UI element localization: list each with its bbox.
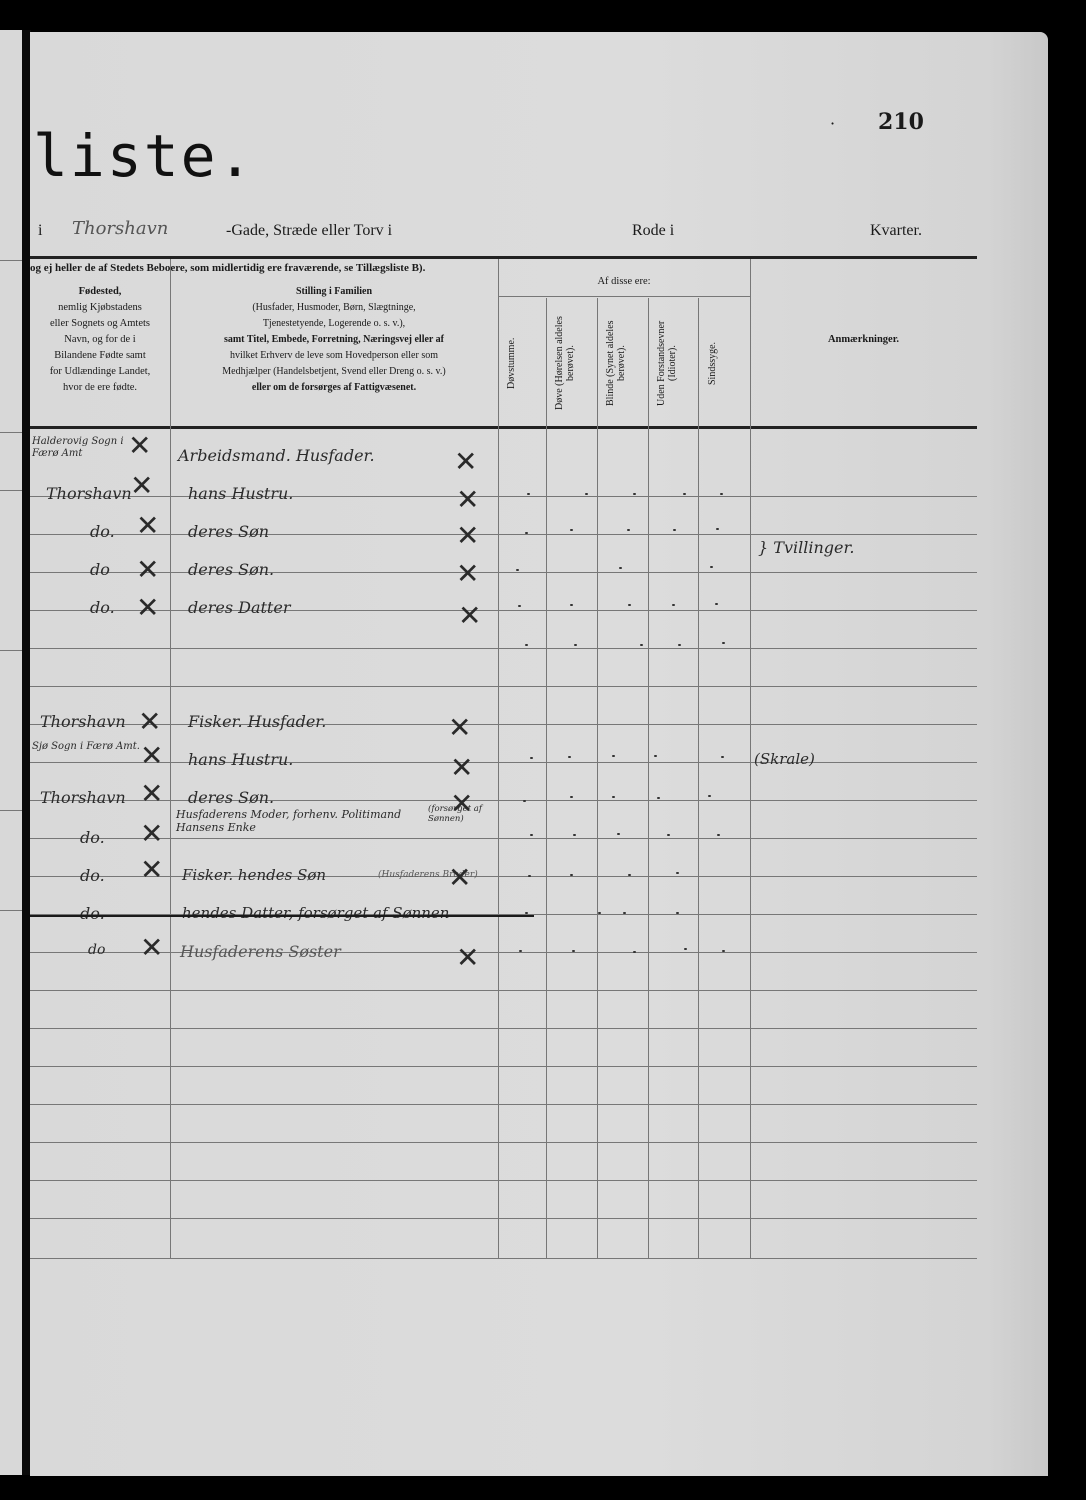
header-line: Medhjælper (Handelsbetjent, Svend eller … xyxy=(170,364,498,380)
rode-label: Rode i xyxy=(632,222,674,240)
row-rule xyxy=(30,610,977,611)
blank-dot-mark xyxy=(657,797,660,799)
row-8-fodested: Sjø Sogn i Færø Amt. xyxy=(32,740,144,753)
row-9-fodested: Thorshavn xyxy=(40,788,126,807)
blank-dot-mark xyxy=(612,796,615,798)
row-1-fodested: Thorshavn xyxy=(46,484,132,503)
row-rule xyxy=(30,800,977,801)
row-rule xyxy=(30,1066,977,1067)
blank-dot-mark xyxy=(525,912,528,914)
header-anmaerkninger: Anmærkninger. xyxy=(750,332,977,348)
row-rule xyxy=(30,990,977,991)
blank-dot-mark xyxy=(708,795,711,797)
blank-dot-mark xyxy=(623,912,626,914)
header-line: eller om de forsørges af Fattigvæsenet. xyxy=(170,380,498,396)
row-rule xyxy=(30,724,977,725)
blank-dot-mark xyxy=(568,756,571,758)
row-10-stilling: Husfaderens Moder, forhenv. Politimand H… xyxy=(176,808,426,834)
page-title: liste. xyxy=(33,122,255,190)
row-rule xyxy=(30,686,977,687)
blank-dot-mark xyxy=(572,950,575,952)
header-idioter: Uden Forstandsevner (Idioter). xyxy=(656,304,690,422)
blank-dot-mark xyxy=(715,603,718,605)
blank-dot-mark xyxy=(710,566,713,568)
blank-dot-mark xyxy=(684,948,687,950)
page-number: 210 xyxy=(878,109,924,135)
header-line: eller Sognets og Amtets xyxy=(30,316,170,332)
blank-dot-mark xyxy=(676,872,679,874)
street-prefix: i xyxy=(38,222,42,240)
blank-dot-mark xyxy=(678,644,681,646)
header-fodested: Fødested, nemlig Kjøbstadens eller Sogne… xyxy=(30,284,170,396)
row-rule xyxy=(30,838,977,839)
check-x-icon: ✕ xyxy=(130,472,153,500)
blank-dot-mark xyxy=(570,604,573,606)
blank-dot-mark xyxy=(570,529,573,531)
check-x-icon: ✕ xyxy=(136,594,159,622)
check-x-icon: ✕ xyxy=(140,820,163,848)
row-13-stilling: Husfaderens Søster xyxy=(180,942,341,961)
header-af-disse-ere: Af disse ere: xyxy=(498,274,750,290)
blank-dot-mark xyxy=(516,569,519,571)
check-x-icon: ✕ xyxy=(136,556,159,584)
blank-dot-mark xyxy=(528,875,531,877)
blank-dot-mark xyxy=(574,644,577,646)
row-rule xyxy=(30,534,977,535)
row-rule xyxy=(30,762,977,763)
col-divider xyxy=(597,298,598,1259)
blank-dot-mark xyxy=(627,529,630,531)
blank-dot-mark xyxy=(717,834,720,836)
row-10-fodested: do. xyxy=(80,828,105,847)
blank-dot-mark xyxy=(628,604,631,606)
check-x-icon: ✕ xyxy=(140,934,163,962)
header-line: for Udlændinge Landet, xyxy=(30,364,170,380)
check-x-icon: ✕ xyxy=(448,864,471,892)
check-x-icon: ✕ xyxy=(140,780,163,808)
blank-dot-mark xyxy=(617,833,620,835)
blank-dot-mark xyxy=(667,834,670,836)
blank-dot-mark xyxy=(640,644,643,646)
blank-dot-mark xyxy=(518,605,521,607)
row-0-stilling: Arbeidsmand. Husfader. xyxy=(178,446,375,465)
header-stilling-title: Stilling i Familien xyxy=(170,284,498,300)
blank-dot-mark xyxy=(519,950,522,952)
check-x-icon: ✕ xyxy=(136,512,159,540)
row-rule xyxy=(30,952,977,953)
row-2-remark: } Tvillinger. xyxy=(758,538,854,557)
header-line: hvilket Erhverv de leve som Hovedperson … xyxy=(170,348,498,364)
col-divider xyxy=(170,259,171,1259)
col-divider xyxy=(648,298,649,1259)
header-line: Bilandene Fødte samt xyxy=(30,348,170,364)
check-x-icon: ✕ xyxy=(456,560,479,588)
blank-dot-mark xyxy=(720,493,723,495)
header-line: Tjenestetyende, Logerende o. s. v.), xyxy=(170,316,498,332)
instruction-note: og ej heller de af Stedets Beboere, som … xyxy=(30,262,425,274)
subheader-rule xyxy=(498,296,750,297)
row-8-stilling: hans Hustru. xyxy=(188,750,293,769)
blank-dot-mark xyxy=(523,800,526,802)
row-7-stilling: Fisker. Husfader. xyxy=(188,712,326,731)
check-x-icon: ✕ xyxy=(138,708,161,736)
blank-dot-mark xyxy=(672,604,675,606)
header-sindssyge: Sindssyge. xyxy=(707,304,741,422)
header-line: (Husfader, Husmoder, Børn, Slægtninge, xyxy=(170,300,498,316)
check-x-icon: ✕ xyxy=(458,602,481,630)
header-stilling: Stilling i Familien (Husfader, Husmoder,… xyxy=(170,284,498,396)
check-x-icon: ✕ xyxy=(456,486,479,514)
blank-dot-mark xyxy=(598,912,601,914)
blank-dot-mark xyxy=(527,493,530,495)
row-1-stilling: hans Hustru. xyxy=(188,484,293,503)
header-line: samt Titel, Embede, Forretning, Næringsv… xyxy=(170,332,498,348)
row-8-remark: (Skrale) xyxy=(754,750,815,768)
strikethrough-line xyxy=(30,915,534,917)
check-x-icon: ✕ xyxy=(456,522,479,550)
blank-dot-mark xyxy=(570,796,573,798)
blank-dot-mark xyxy=(530,834,533,836)
check-x-icon: ✕ xyxy=(140,742,163,770)
street-name-handwritten: Thorshavn xyxy=(72,218,168,239)
row-7-fodested: Thorshavn xyxy=(40,712,126,731)
blank-dot-mark xyxy=(722,642,725,644)
blank-dot-mark xyxy=(716,528,719,530)
blank-dot-mark xyxy=(676,912,679,914)
blank-dot-mark xyxy=(673,529,676,531)
check-x-icon: ✕ xyxy=(450,790,473,818)
page-dot-mark: · xyxy=(830,114,835,133)
row-rule xyxy=(30,1028,977,1029)
header-dovstumme: Døvstumme. xyxy=(506,304,540,422)
street-type-label: -Gade, Stræde eller Torv i xyxy=(226,222,392,240)
row-rule xyxy=(30,1104,977,1105)
row-rule xyxy=(30,648,977,649)
header-blinde: Blinde (Synet aldeles berøvet). xyxy=(605,304,639,422)
row-2-fodested: do. xyxy=(90,522,115,541)
blank-dot-mark xyxy=(722,950,725,952)
blank-dot-mark xyxy=(683,493,686,495)
col-divider xyxy=(498,259,499,1259)
check-x-icon: ✕ xyxy=(450,754,473,782)
blank-dot-mark xyxy=(585,493,588,495)
row-rule xyxy=(30,496,977,497)
row-3-stilling: deres Søn. xyxy=(188,560,274,579)
row-11-stilling: Fisker. hendes Søn xyxy=(182,866,326,884)
check-x-icon: ✕ xyxy=(454,448,477,476)
header-line: hvor de ere fødte. xyxy=(30,380,170,396)
header-top-rule xyxy=(30,256,977,259)
row-rule xyxy=(30,572,977,573)
blank-dot-mark xyxy=(721,756,724,758)
check-x-icon: ✕ xyxy=(140,856,163,884)
row-11-fodested: do. xyxy=(80,866,105,885)
row-13-fodested: do xyxy=(88,942,105,958)
check-x-icon: ✕ xyxy=(456,944,479,972)
header-bottom-rule xyxy=(30,426,977,429)
blank-dot-mark xyxy=(525,532,528,534)
blank-dot-mark xyxy=(633,951,636,953)
row-rule xyxy=(30,1180,977,1181)
blank-dot-mark xyxy=(573,834,576,836)
row-rule xyxy=(30,1218,977,1219)
blank-dot-mark xyxy=(530,757,533,759)
blank-dot-mark xyxy=(612,755,615,757)
row-12-stilling: hendes Datter, forsørget af Sønnen xyxy=(182,904,449,922)
row-2-stilling: deres Søn xyxy=(188,522,269,541)
row-rule xyxy=(30,876,977,877)
header-dove: Døve (Hørelsen aldeles berøvet). xyxy=(554,304,588,422)
row-rule xyxy=(30,1258,977,1259)
adjacent-page-edge xyxy=(0,30,22,1475)
check-x-icon: ✕ xyxy=(448,714,471,742)
kvarter-label: Kvarter. xyxy=(870,222,922,240)
blank-dot-mark xyxy=(654,755,657,757)
header-fodested-title: Fødested, xyxy=(30,284,170,300)
blank-dot-mark xyxy=(619,567,622,569)
row-12-fodested: do. xyxy=(80,904,105,923)
row-3-fodested: do xyxy=(90,560,110,579)
row-9-stilling: deres Søn. xyxy=(188,788,274,807)
header-line: Navn, og for de i xyxy=(30,332,170,348)
col-divider xyxy=(546,298,547,1259)
col-divider xyxy=(750,259,751,1259)
header-line: nemlig Kjøbstadens xyxy=(30,300,170,316)
col-divider xyxy=(698,298,699,1259)
blank-dot-mark xyxy=(633,493,636,495)
blank-dot-mark xyxy=(525,644,528,646)
census-page: liste. · 210 i Thorshavn -Gade, Stræde e… xyxy=(30,32,1048,1476)
row-4-fodested: do. xyxy=(90,598,115,617)
blank-dot-mark xyxy=(628,874,631,876)
check-x-icon: ✕ xyxy=(128,432,151,460)
row-4-stilling: deres Datter xyxy=(188,598,290,617)
blank-dot-mark xyxy=(570,874,573,876)
row-rule xyxy=(30,1142,977,1143)
